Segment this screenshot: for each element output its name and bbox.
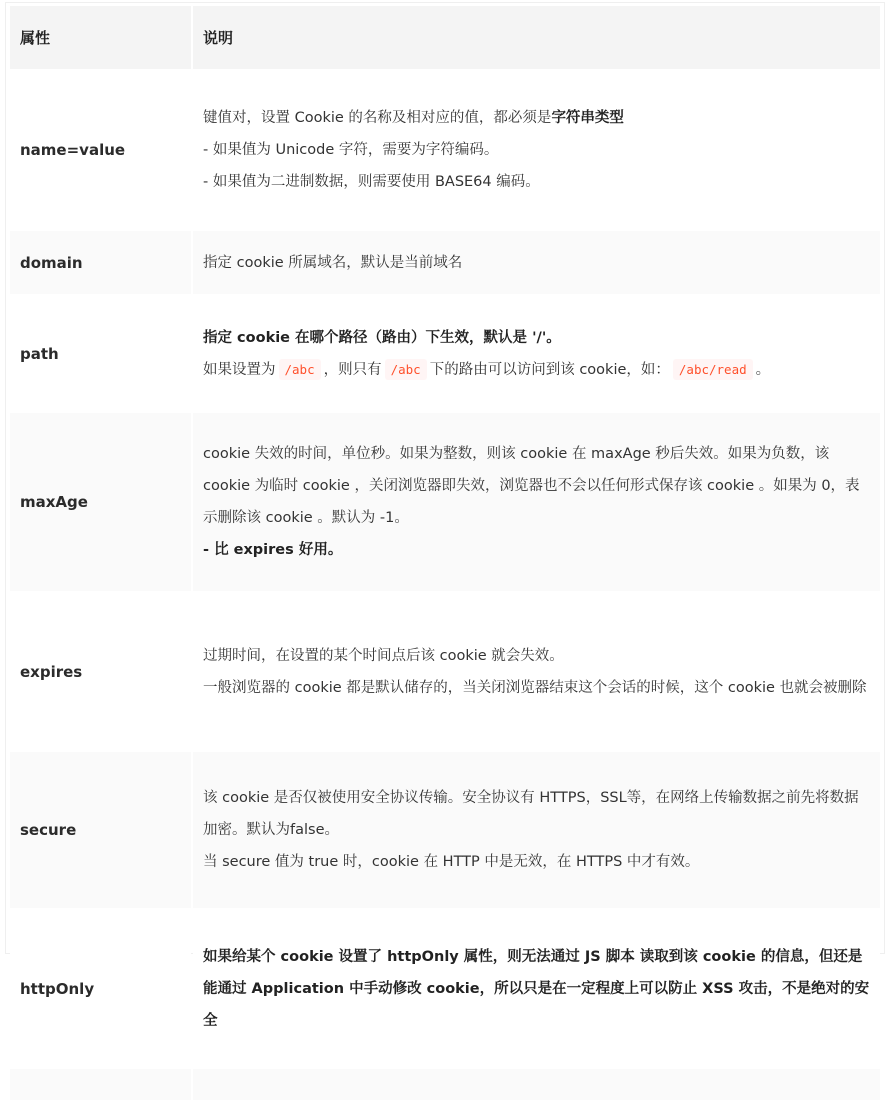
table-row-httponly: httpOnly 如果给某个 cookie 设置了 httpOnly 属性，则无… [10, 910, 880, 959]
description-text: 如果设置为 [203, 362, 276, 378]
attribute-description: cookie 失效的时间，单位秒。如果为整数，则该 cookie 在 maxAg… [193, 413, 880, 591]
attribute-description: 指定 cookie 在哪个路径（路由）下生效，默认是 '/'。 如果设置为/ab… [193, 296, 880, 411]
description-text: 键值对，设置 Cookie 的名称及相对应的值，都必须是 [203, 110, 551, 126]
description-bold-line: 如果给某个 cookie 设置了 httpOnly 属性，则无法通过 JS 脚本… [203, 941, 870, 960]
table-row-expires: expires 过期时间，在设置的某个时间点后该 cookie 就会失效。 一般… [10, 593, 880, 750]
attribute-name: domain [10, 231, 191, 294]
table-body: name=value 键值对，设置 Cookie 的名称及相对应的值，都必须是字… [10, 71, 880, 959]
attribute-description: 指定 cookie 所属域名，默认是当前域名 [193, 231, 880, 294]
attribute-name: path [10, 296, 191, 411]
table-row-path: path 指定 cookie 在哪个路径（路由）下生效，默认是 '/'。 如果设… [10, 296, 880, 411]
description-text: 下的路由可以访问到该 cookie，如： [430, 362, 670, 378]
description-bold-line: - 比 expires 好用。 [203, 534, 870, 566]
description-text: 。 [756, 362, 771, 378]
description-line: - 如果值为 Unicode 字符，需要为字符编码。 [203, 134, 870, 166]
inline-code: /abc [279, 359, 321, 380]
description-bold-line: 指定 cookie 在哪个路径（路由）下生效，默认是 '/'。 [203, 322, 870, 354]
description-line: 该 cookie 是否仅被使用安全协议传输。安全协议有 HTTPS，SSL等，在… [203, 782, 870, 846]
description-line: - 如果值为二进制数据，则需要使用 BASE64 编码。 [203, 166, 870, 198]
table-row-maxage: maxAge cookie 失效的时间，单位秒。如果为整数，则该 cookie … [10, 413, 880, 591]
description-line: cookie 失效的时间，单位秒。如果为整数，则该 cookie 在 maxAg… [203, 438, 870, 534]
inline-code: /abc/read [673, 359, 753, 380]
cookie-attributes-container: 属性 说明 name=value 键值对，设置 Cookie 的名称及相对应的值… [5, 2, 885, 954]
table-header-row: 属性 说明 [10, 6, 880, 69]
description-line: 当 secure 值为 true 时，cookie 在 HTTP 中是无效，在 … [203, 846, 870, 878]
attribute-description: 如果给某个 cookie 设置了 httpOnly 属性，则无法通过 JS 脚本… [193, 910, 880, 959]
table-row-secure: secure 该 cookie 是否仅被使用安全协议传输。安全协议有 HTTPS… [10, 752, 880, 908]
attribute-name: secure [10, 752, 191, 908]
attribute-name: name=value [10, 71, 191, 229]
description-line: 一般浏览器的 cookie 都是默认储存的，当关闭浏览器结束这个会话的时候，这个… [203, 672, 870, 704]
table-row-domain: domain 指定 cookie 所属域名，默认是当前域名 [10, 231, 880, 294]
column-header-description: 说明 [193, 6, 880, 69]
attribute-description: 过期时间，在设置的某个时间点后该 cookie 就会失效。 一般浏览器的 coo… [193, 593, 880, 750]
description-bold-text: 字符串类型 [551, 110, 624, 126]
attribute-name: expires [10, 593, 191, 750]
table-row-name-value: name=value 键值对，设置 Cookie 的名称及相对应的值，都必须是字… [10, 71, 880, 229]
attribute-name: httpOnly [10, 910, 191, 959]
description-line: 如果设置为/abc，则只有/abc下的路由可以访问到该 cookie，如：/ab… [203, 354, 870, 386]
column-header-attribute: 属性 [10, 6, 191, 69]
description-line: 指定 cookie 所属域名，默认是当前域名 [203, 247, 870, 279]
attribute-description: 键值对，设置 Cookie 的名称及相对应的值，都必须是字符串类型 - 如果值为… [193, 71, 880, 229]
description-line: 过期时间，在设置的某个时间点后该 cookie 就会失效。 [203, 640, 870, 672]
attribute-description: 该 cookie 是否仅被使用安全协议传输。安全协议有 HTTPS，SSL等，在… [193, 752, 880, 908]
description-line: 键值对，设置 Cookie 的名称及相对应的值，都必须是字符串类型 [203, 102, 870, 134]
inline-code: /abc [385, 359, 427, 380]
table-header: 属性 说明 [10, 6, 880, 69]
cookie-attributes-table: 属性 说明 name=value 键值对，设置 Cookie 的名称及相对应的值… [8, 4, 882, 959]
attribute-name: maxAge [10, 413, 191, 591]
description-text: ，则只有 [324, 362, 382, 378]
